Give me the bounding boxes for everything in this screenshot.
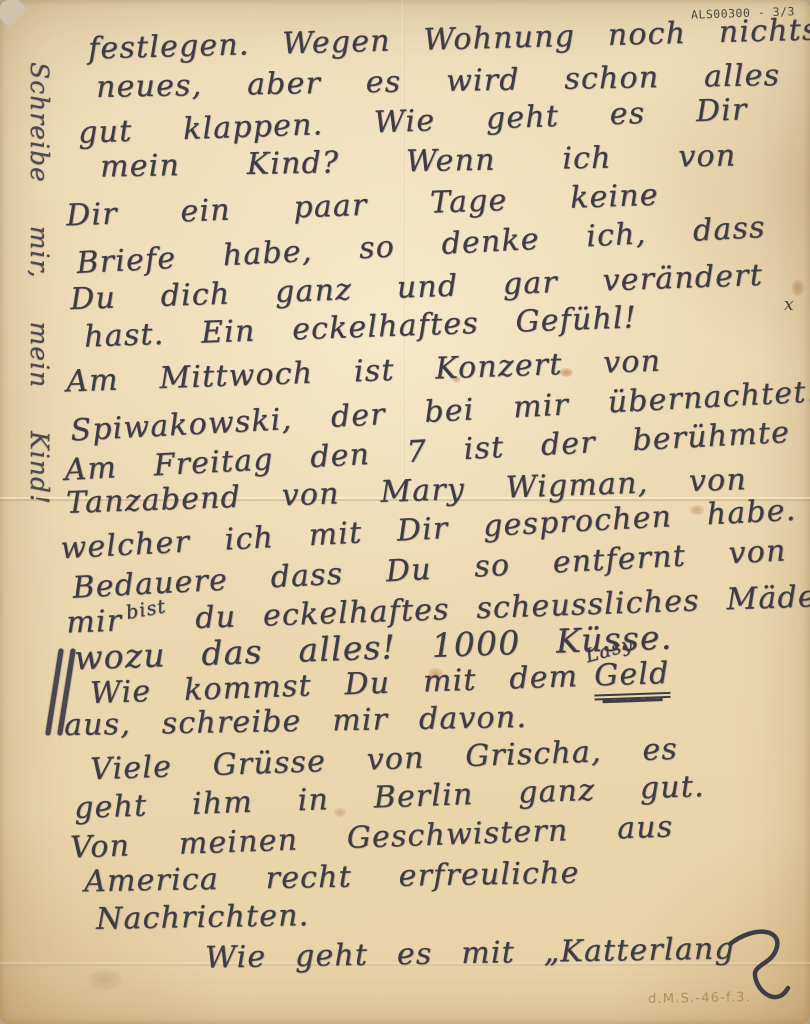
foxing-stain (88, 970, 122, 990)
letter-line: Nachrichten. (96, 898, 310, 937)
foxing-stain (792, 280, 804, 296)
letter-line: aus, schreibe mir davon. (64, 700, 528, 743)
x-correction-mark: x (784, 295, 794, 315)
paper-sheet: ALS00300 - 3/3 d.M.S.-46-f.3. Schreibe m… (0, 0, 810, 1024)
paper-corner-nick (0, 0, 27, 27)
double-emphasis-strokes (52, 648, 82, 736)
line-text: mir (66, 604, 123, 641)
margin-note: Schreibe mir, mein Kind! (12, 62, 54, 582)
letter-line: Wie geht es mit „Katterlang (205, 931, 735, 975)
flourish-stroke (726, 922, 802, 1018)
geld-word-wrap: LasyGeld (594, 656, 671, 701)
signature-flourish (726, 922, 802, 1022)
scanned-letter-page: ALS00300 - 3/3 d.M.S.-46-f.3. Schreibe m… (0, 0, 810, 1024)
letter-line: America recht erfreuliche (84, 856, 580, 900)
